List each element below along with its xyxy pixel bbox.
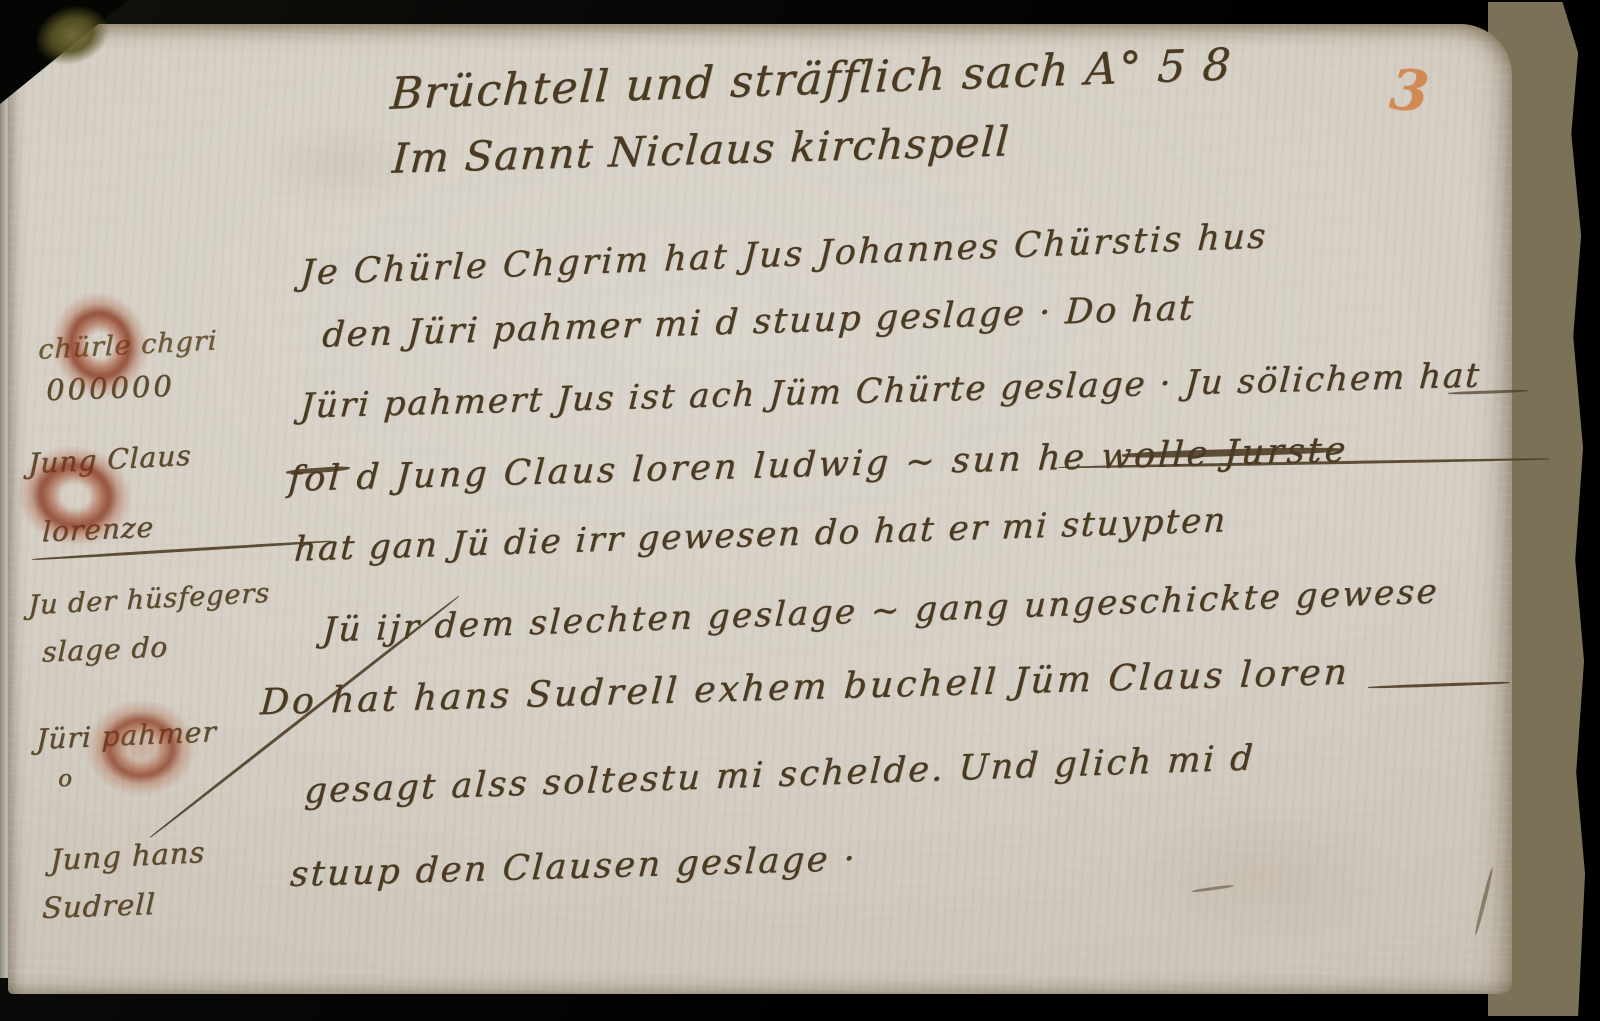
manuscript-photo: Brüchtell und sträfflich sach A° 5 8 Im … [0,0,1600,1021]
margin-note-8: o [58,768,74,792]
seal-stain-3 [86,700,196,796]
folio-number: 3 [1387,56,1432,125]
margin-note-6: slage do [42,633,169,667]
margin-note-9: Jung hans [50,838,206,875]
margin-note-10: Sudrell [42,890,157,923]
